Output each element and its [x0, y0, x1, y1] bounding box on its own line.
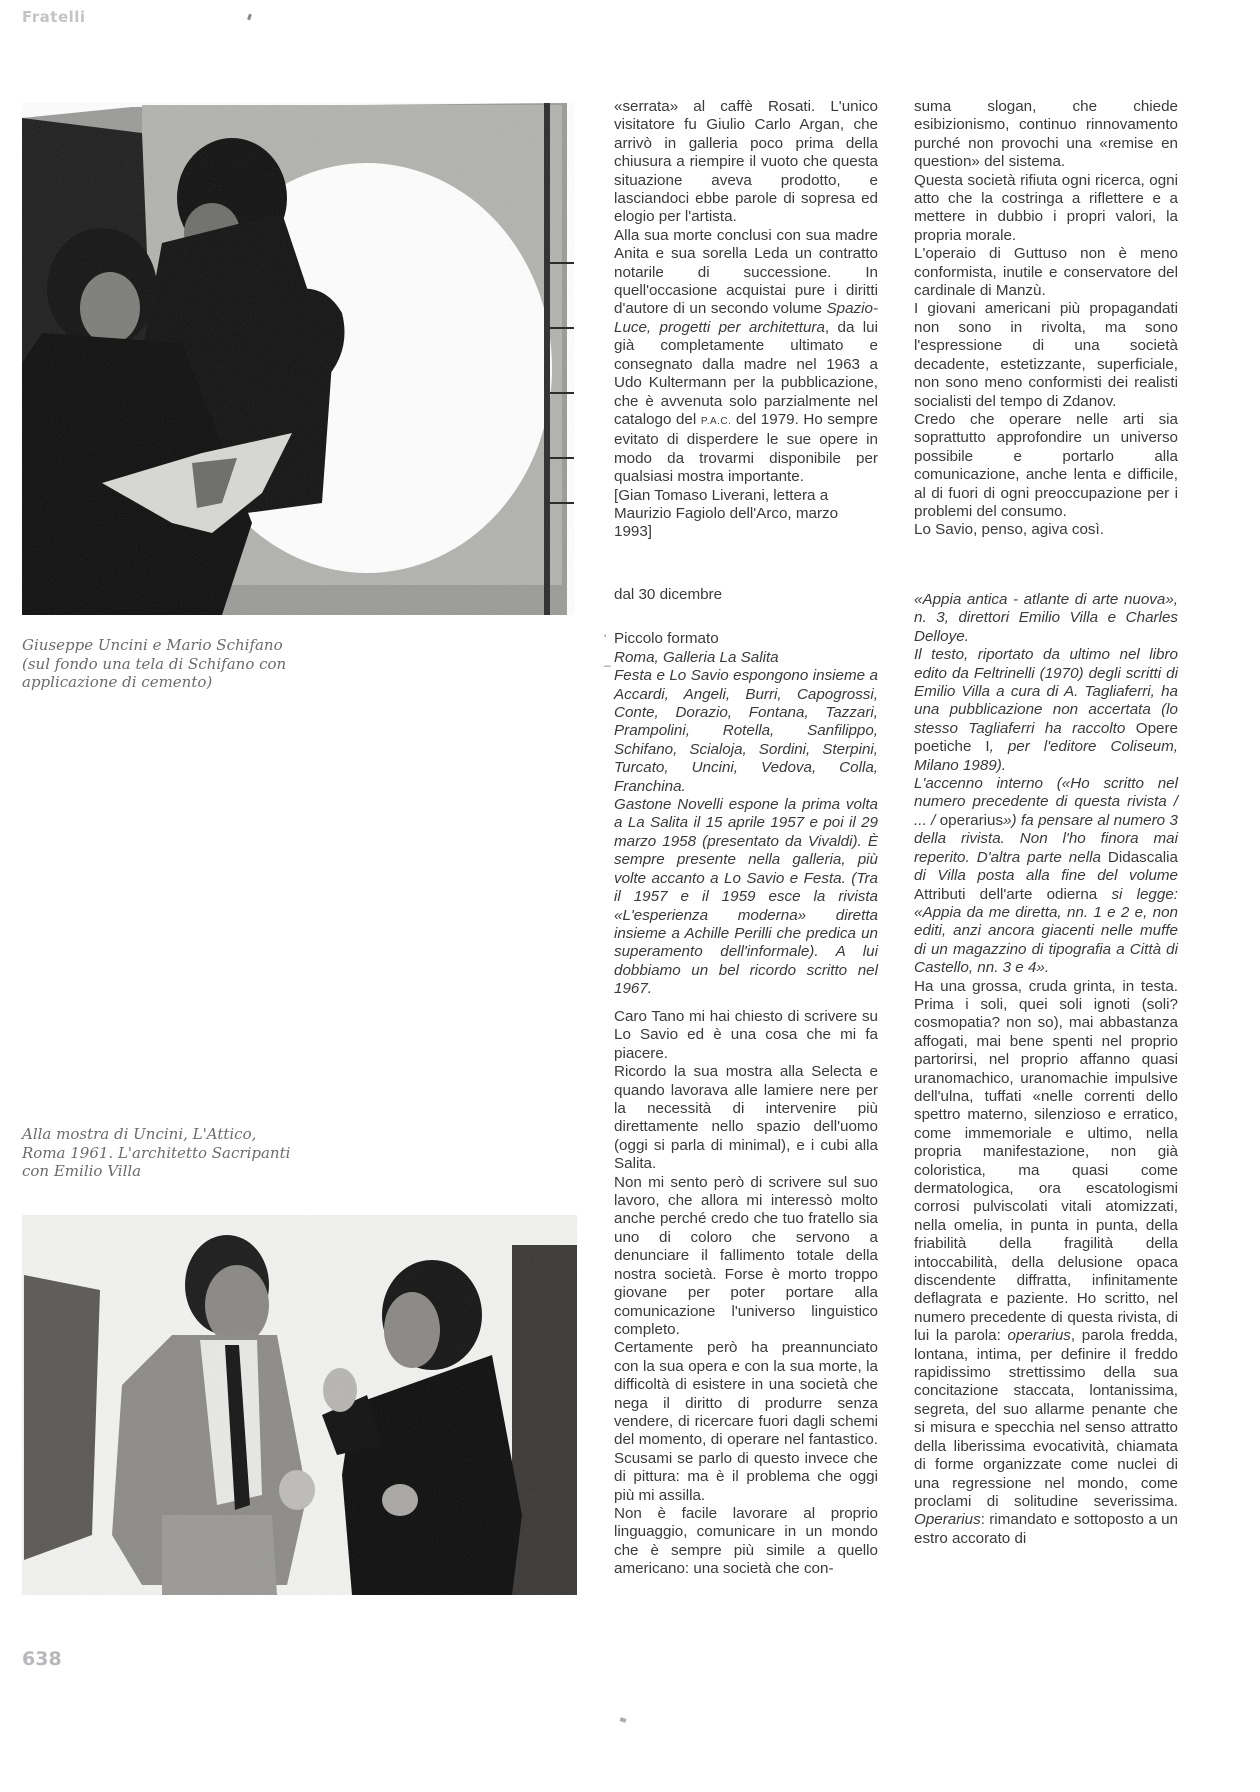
photo-illustration [22, 103, 574, 615]
text-column-a-middle: dal 30 dicembre 'Piccolo formato _Roma, … [614, 586, 878, 999]
text-column-b-top: suma slogan, che chiede esibizionismo, c… [914, 98, 1178, 540]
letter-paragraph: Questa società rifiuta ogni ricerca, ogn… [914, 172, 1178, 246]
source-note: Il testo, riportato da ultimo nel libro … [914, 646, 1178, 775]
paragraph: Alla sua morte conclusi con sua madre An… [614, 227, 878, 487]
event-venue: _Roma, Galleria La Salita [614, 649, 878, 667]
letter-paragraph: Certamente però ha preannunciato con la … [614, 1339, 878, 1505]
paragraph: «serrata» al caffè Rosati. L'unico visit… [614, 98, 878, 227]
letter-paragraph: Credo che operare nelle arti sia sopratt… [914, 411, 1178, 521]
text-column-a-bottom: Caro Tano mi hai chiesto di scrivere su … [614, 1008, 878, 1579]
source-note: L'accenno interno («Ho scritto nel numer… [914, 775, 1178, 977]
photo-caption: Alla mostra di Uncini, L'Attico, Roma 19… [22, 1125, 292, 1181]
margin-mark: ' [604, 630, 606, 648]
villa-text: Ha una grossa, cruda grinta, in testa. P… [914, 978, 1178, 1549]
page-number: 638 [22, 1648, 62, 1670]
book-title: Attributi dell'arte odierna [914, 886, 1097, 903]
running-head: Fratelli [22, 8, 86, 26]
photo-sacripanti-villa [22, 1215, 577, 1595]
photo-illustration [22, 1215, 577, 1595]
print-speck [247, 14, 252, 21]
letter-paragraph: Ricordo la sua mostra alla Selecta e qua… [614, 1063, 878, 1173]
letter-paragraph: I giovani americani più propagandati non… [914, 300, 1178, 410]
text-column-b-bottom: «Appia antica - atlante di arte nuova», … [914, 591, 1178, 1548]
letter-paragraph: Non mi sento però di scrivere sul suo la… [614, 1174, 878, 1340]
event-title: 'Piccolo formato [614, 630, 878, 648]
event-note: Gastone Novelli espone la prima volta a … [614, 796, 878, 998]
abbreviation: P.A.C. [701, 416, 732, 427]
letter-paragraph: L'operaio di Guttuso non è meno conformi… [914, 245, 1178, 300]
source-note: «Appia antica - atlante di arte nuova», … [914, 591, 1178, 646]
letter-paragraph: Non è facile lavorare al proprio linguag… [614, 1505, 878, 1579]
book-title: Didascalia [1108, 849, 1178, 866]
event-date: dal 30 dicembre [614, 586, 878, 604]
event-note: Festa e Lo Savio espongono insieme a Acc… [614, 667, 878, 796]
letter-paragraph: suma slogan, che chiede esibizionismo, c… [914, 98, 1178, 172]
photo-uncini-schifano [22, 103, 574, 615]
margin-mark: _ [604, 651, 611, 669]
text-column-a-top: «serrata» al caffè Rosati. L'unico visit… [614, 98, 878, 542]
letter-paragraph: Caro Tano mi hai chiesto di scrivere su … [614, 1008, 878, 1063]
letter-paragraph: Lo Savio, penso, agiva così. [914, 521, 1178, 539]
citation: [Gian Tomaso Liverani, lettera a Maurizi… [614, 487, 878, 542]
print-speck [619, 1717, 626, 1723]
photo-caption: Giuseppe Uncini e Mario Schifano (sul fo… [22, 636, 292, 692]
